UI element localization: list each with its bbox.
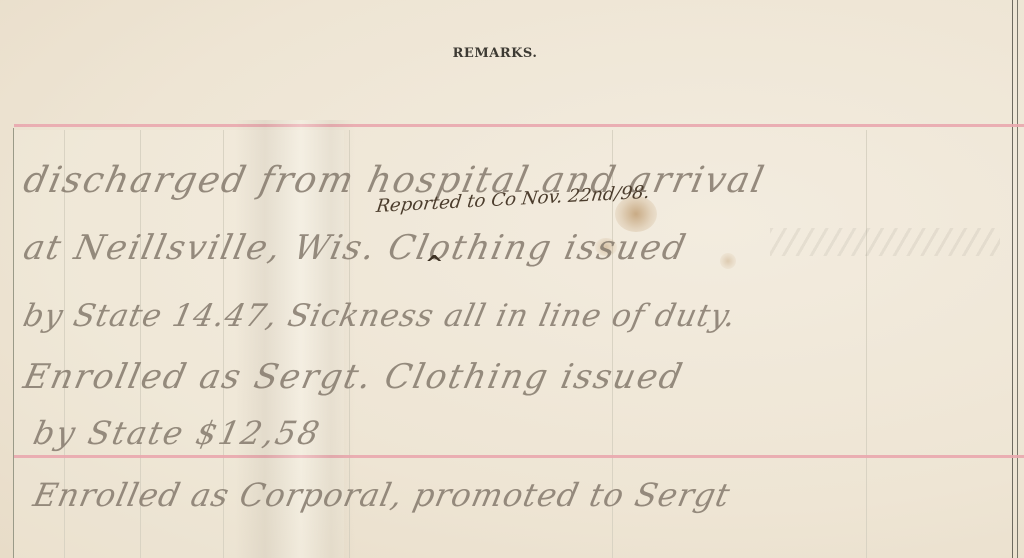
handwritten-line-4: Enrolled as Sergt. Clothing issued <box>20 357 687 397</box>
handwritten-line-5: by State $12,58 <box>30 414 325 452</box>
ledger-right-border <box>1012 0 1013 558</box>
handwritten-line-6: Enrolled as Corporal, promoted to Sergt <box>30 476 734 514</box>
column-line <box>866 130 867 558</box>
red-rule-bottom <box>14 455 1024 458</box>
remarks-header: REMARKS. <box>0 46 990 61</box>
ink-stain <box>720 253 736 269</box>
handwritten-line-3: by State 14.47, Sickness all in line of … <box>20 298 740 334</box>
ledger-page: REMARKS. discharged from hospital and ar… <box>0 0 1024 558</box>
red-rule-top <box>14 124 1024 127</box>
insertion-caret: ^ <box>425 252 443 277</box>
ledger-left-border <box>13 128 14 558</box>
handwritten-line-2: at Neillsville, Wis. Clothing issued <box>20 228 691 268</box>
bleed-through-text <box>770 228 1000 256</box>
ledger-right-border-inner <box>1017 0 1018 558</box>
